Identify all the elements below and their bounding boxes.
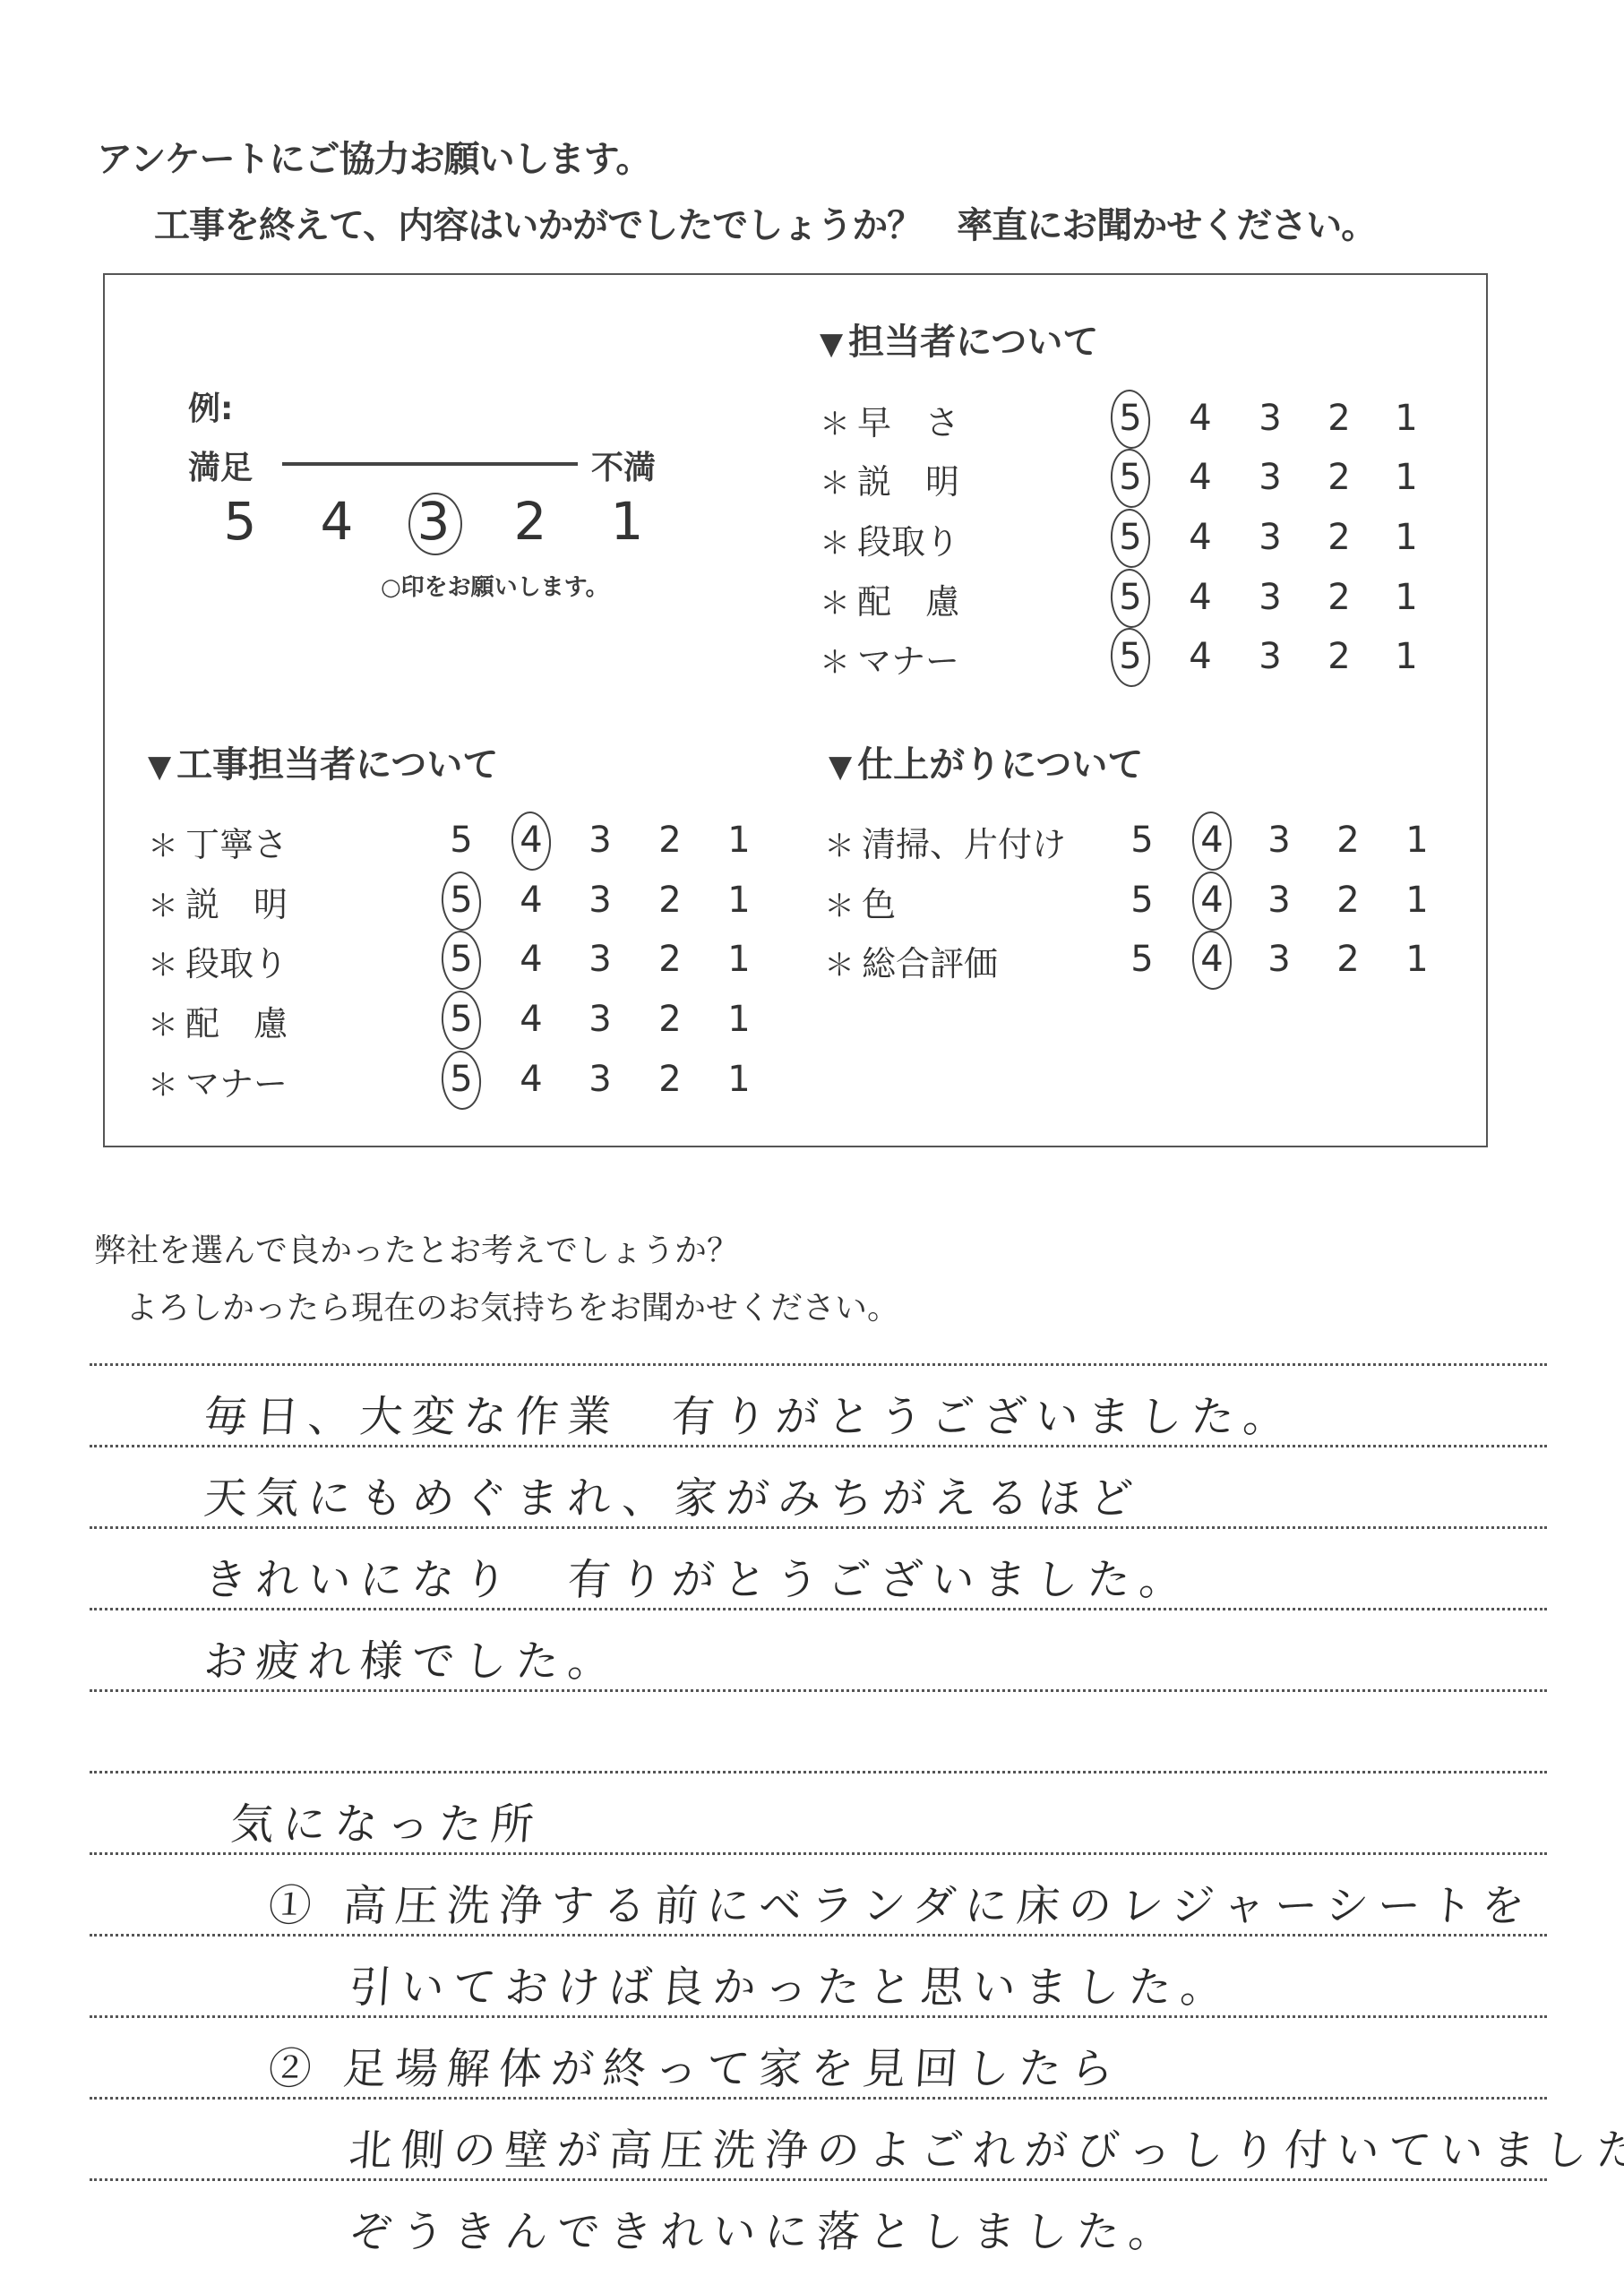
handwritten-comment-line: きれいになり 有りがとうございました。 — [202, 1545, 1194, 1607]
rating-option-3[interactable]: 3 — [1254, 813, 1304, 867]
rating-option-4[interactable]: 4 — [506, 992, 556, 1046]
item-text: 早 さ — [857, 403, 959, 442]
rating-option-2[interactable]: 2 — [645, 1052, 695, 1106]
rating-option-1[interactable]: 1 — [714, 1052, 764, 1106]
unsatisfied-label: 不満 — [591, 442, 656, 488]
rating-item-label: ＊配 慮 — [820, 574, 959, 623]
rating-option-5-selected[interactable]: 5 — [1105, 571, 1156, 624]
survey-subtitle: 工事を終えて、内容はいかがでしたでしょうか？ 率直にお聞かせください。 — [154, 197, 1376, 248]
dotted-rule-line — [90, 1363, 1547, 1366]
rating-option-2[interactable]: 2 — [1314, 571, 1364, 624]
rating-option-3[interactable]: 3 — [575, 873, 625, 927]
rating-option-5[interactable]: 5 — [1117, 873, 1167, 927]
comment-prompt-sub: よろしかったら現在のお気持ちをお聞かせください。 — [125, 1283, 899, 1328]
item-text: 色 — [862, 885, 896, 924]
section-title: ▼担当者について — [820, 313, 1098, 365]
rating-item-label: ＊丁寧さ — [148, 817, 288, 866]
rating-option-4[interactable]: 4 — [1175, 511, 1225, 564]
rating-option-3[interactable]: 3 — [1254, 873, 1304, 927]
rating-option-4[interactable]: 4 — [506, 873, 556, 927]
scale-line — [282, 462, 578, 466]
dotted-rule-line — [90, 1771, 1547, 1773]
handwritten-comment-line: お疲れ様でした。 — [202, 1627, 623, 1688]
rating-option-3[interactable]: 3 — [1245, 391, 1295, 445]
item-text: 清掃、片付け — [862, 825, 1066, 864]
handwritten-comment-line: 毎日、大変な作業 有りがとうございました。 — [202, 1382, 1298, 1444]
example-option-4: 4 — [310, 491, 364, 552]
rating-option-2[interactable]: 2 — [645, 932, 695, 986]
rating-option-4[interactable]: 4 — [506, 932, 556, 986]
example-option-2: 2 — [503, 491, 557, 552]
rating-item-label: ＊説 明 — [148, 877, 288, 926]
dotted-rule-line — [90, 1852, 1547, 1855]
handwritten-comment-line: 天気にもめぐまれ、家がみちがえるほど — [202, 1464, 1145, 1525]
rating-option-3[interactable]: 3 — [1254, 932, 1304, 986]
rating-option-2[interactable]: 2 — [645, 992, 695, 1046]
rating-option-5-selected[interactable]: 5 — [1105, 391, 1156, 445]
rating-option-4[interactable]: 4 — [506, 1052, 556, 1106]
down-triangle-icon: ▼ — [829, 749, 852, 785]
dotted-rule-line — [90, 1445, 1547, 1447]
asterisk-bullet-icon: ＊ — [824, 948, 855, 983]
dotted-rule-line — [90, 2097, 1547, 2100]
handwritten-comment-line: ② 足場解体が終って家を見回したら — [267, 2034, 1125, 2096]
satisfied-label: 満足 — [188, 442, 253, 488]
rating-option-5-selected[interactable]: 5 — [436, 873, 486, 927]
asterisk-bullet-icon: ＊ — [820, 466, 850, 502]
dotted-rule-line — [90, 1689, 1547, 1692]
rating-option-5-selected[interactable]: 5 — [436, 992, 486, 1046]
rating-item-label: ＊マナー — [148, 1056, 288, 1105]
rating-item-label: ＊早 さ — [820, 395, 959, 444]
asterisk-bullet-icon: ＊ — [820, 407, 850, 442]
asterisk-bullet-icon: ＊ — [148, 1068, 178, 1104]
rating-item-label: ＊清掃、片付け — [824, 817, 1066, 866]
rating-option-2[interactable]: 2 — [1323, 932, 1373, 986]
rating-option-1[interactable]: 1 — [1381, 511, 1431, 564]
asterisk-bullet-icon: ＊ — [148, 829, 178, 864]
rating-option-1[interactable]: 1 — [1392, 813, 1442, 867]
rating-item-label: ＊色 — [824, 877, 896, 926]
survey-title: アンケートにご協力お願いします。 — [97, 131, 650, 182]
rating-option-3[interactable]: 3 — [575, 932, 625, 986]
item-text: 段取り — [185, 944, 288, 983]
rating-option-5-selected[interactable]: 5 — [1105, 511, 1156, 564]
rating-option-5[interactable]: 5 — [436, 813, 486, 867]
down-triangle-icon: ▼ — [148, 749, 171, 785]
rating-option-1[interactable]: 1 — [1381, 451, 1431, 504]
rating-option-5-selected[interactable]: 5 — [1105, 451, 1156, 504]
rating-option-5-selected[interactable]: 5 — [1105, 630, 1156, 683]
rating-option-2[interactable]: 2 — [1314, 391, 1364, 445]
rating-option-2[interactable]: 2 — [645, 813, 695, 867]
rating-option-4[interactable]: 4 — [1175, 630, 1225, 683]
asterisk-bullet-icon: ＊ — [820, 586, 850, 622]
handwritten-comment-line: 引いておけば良かったと思いました。 — [348, 1953, 1235, 2014]
rating-option-1[interactable]: 1 — [714, 813, 764, 867]
rating-option-4-selected[interactable]: 4 — [1187, 873, 1237, 927]
item-text: 配 慮 — [857, 582, 959, 622]
rating-option-5-selected[interactable]: 5 — [436, 932, 486, 986]
asterisk-bullet-icon: ＊ — [820, 645, 850, 681]
rating-option-1[interactable]: 1 — [1392, 873, 1442, 927]
dotted-rule-line — [90, 1526, 1547, 1529]
item-text: 丁寧さ — [185, 825, 288, 864]
rating-option-2[interactable]: 2 — [1314, 511, 1364, 564]
handwritten-comment-line: 北側の壁が高圧洗浄のよごれがびっしり付いていました。 — [348, 2116, 1624, 2177]
rating-option-5[interactable]: 5 — [1117, 813, 1167, 867]
rating-option-3[interactable]: 3 — [575, 813, 625, 867]
item-text: 段取り — [857, 522, 959, 562]
rating-option-3[interactable]: 3 — [575, 992, 625, 1046]
rating-item-label: ＊総合評価 — [824, 936, 998, 985]
rating-option-2[interactable]: 2 — [1314, 451, 1364, 504]
rating-option-1[interactable]: 1 — [1392, 932, 1442, 986]
example-option-5: 5 — [213, 491, 267, 552]
handwritten-comment-line: 気になった所 — [229, 1790, 546, 1851]
rating-item-label: ＊マナー — [820, 633, 959, 683]
example-option-1: 1 — [600, 491, 654, 552]
rating-option-3[interactable]: 3 — [1245, 630, 1295, 683]
asterisk-bullet-icon: ＊ — [148, 1008, 178, 1043]
asterisk-bullet-icon: ＊ — [824, 889, 855, 924]
rating-option-3[interactable]: 3 — [1245, 511, 1295, 564]
example-label: 例: — [188, 383, 233, 429]
asterisk-bullet-icon: ＊ — [148, 889, 178, 924]
rating-option-4-selected[interactable]: 4 — [1187, 813, 1237, 867]
comment-prompt: 弊社を選んで良かったとお考えでしょうか？ — [94, 1225, 739, 1271]
section-title: ▼仕上がりについて — [829, 736, 1143, 787]
rating-option-1[interactable]: 1 — [714, 932, 764, 986]
dotted-rule-line — [90, 2015, 1547, 2018]
rating-option-4[interactable]: 4 — [1175, 391, 1225, 445]
rating-option-4[interactable]: 4 — [1175, 571, 1225, 624]
item-text: 説 明 — [857, 462, 959, 502]
handwritten-comment-line: ① 高圧洗浄する前にベランダに床のレジャーシートを — [267, 1871, 1536, 1933]
rating-option-1[interactable]: 1 — [1381, 571, 1431, 624]
item-text: 総合評価 — [862, 944, 998, 983]
rating-option-2[interactable]: 2 — [1323, 873, 1373, 927]
rating-item-label: ＊段取り — [148, 936, 288, 985]
dotted-rule-line — [90, 1934, 1547, 1937]
rating-option-3[interactable]: 3 — [1245, 451, 1295, 504]
asterisk-bullet-icon: ＊ — [824, 829, 855, 864]
handwritten-comment-line: ぞうきんできれいに落としました。 — [348, 2197, 1183, 2259]
rating-option-5[interactable]: 5 — [1117, 932, 1167, 986]
item-text: 配 慮 — [185, 1004, 288, 1043]
rating-option-1[interactable]: 1 — [1381, 630, 1431, 683]
dotted-rule-line — [90, 2178, 1547, 2181]
section-title: ▼工事担当者について — [148, 736, 498, 787]
down-triangle-icon: ▼ — [820, 326, 843, 362]
rating-item-label: ＊段取り — [820, 514, 959, 563]
item-text: マナー — [857, 641, 959, 681]
rating-option-1[interactable]: 1 — [714, 873, 764, 927]
rating-option-4-selected[interactable]: 4 — [506, 813, 556, 867]
example-option-3-circled: 3 — [407, 491, 460, 552]
rating-item-label: ＊配 慮 — [148, 996, 288, 1045]
rating-option-3[interactable]: 3 — [1245, 571, 1295, 624]
rating-option-5-selected[interactable]: 5 — [436, 1052, 486, 1106]
rating-option-4-selected[interactable]: 4 — [1187, 932, 1237, 986]
rating-option-4[interactable]: 4 — [1175, 451, 1225, 504]
rating-option-2[interactable]: 2 — [1323, 813, 1373, 867]
asterisk-bullet-icon: ＊ — [148, 948, 178, 983]
item-text: マナー — [185, 1064, 288, 1104]
rating-item-label: ＊説 明 — [820, 454, 959, 503]
rating-option-1[interactable]: 1 — [1381, 391, 1431, 445]
item-text: 説 明 — [185, 885, 288, 924]
example-note: ○印をお願いします。 — [381, 569, 609, 602]
rating-option-1[interactable]: 1 — [714, 992, 764, 1046]
rating-option-3[interactable]: 3 — [575, 1052, 625, 1106]
rating-option-2[interactable]: 2 — [645, 873, 695, 927]
asterisk-bullet-icon: ＊ — [820, 526, 850, 562]
rating-option-2[interactable]: 2 — [1314, 630, 1364, 683]
dotted-rule-line — [90, 1608, 1547, 1610]
